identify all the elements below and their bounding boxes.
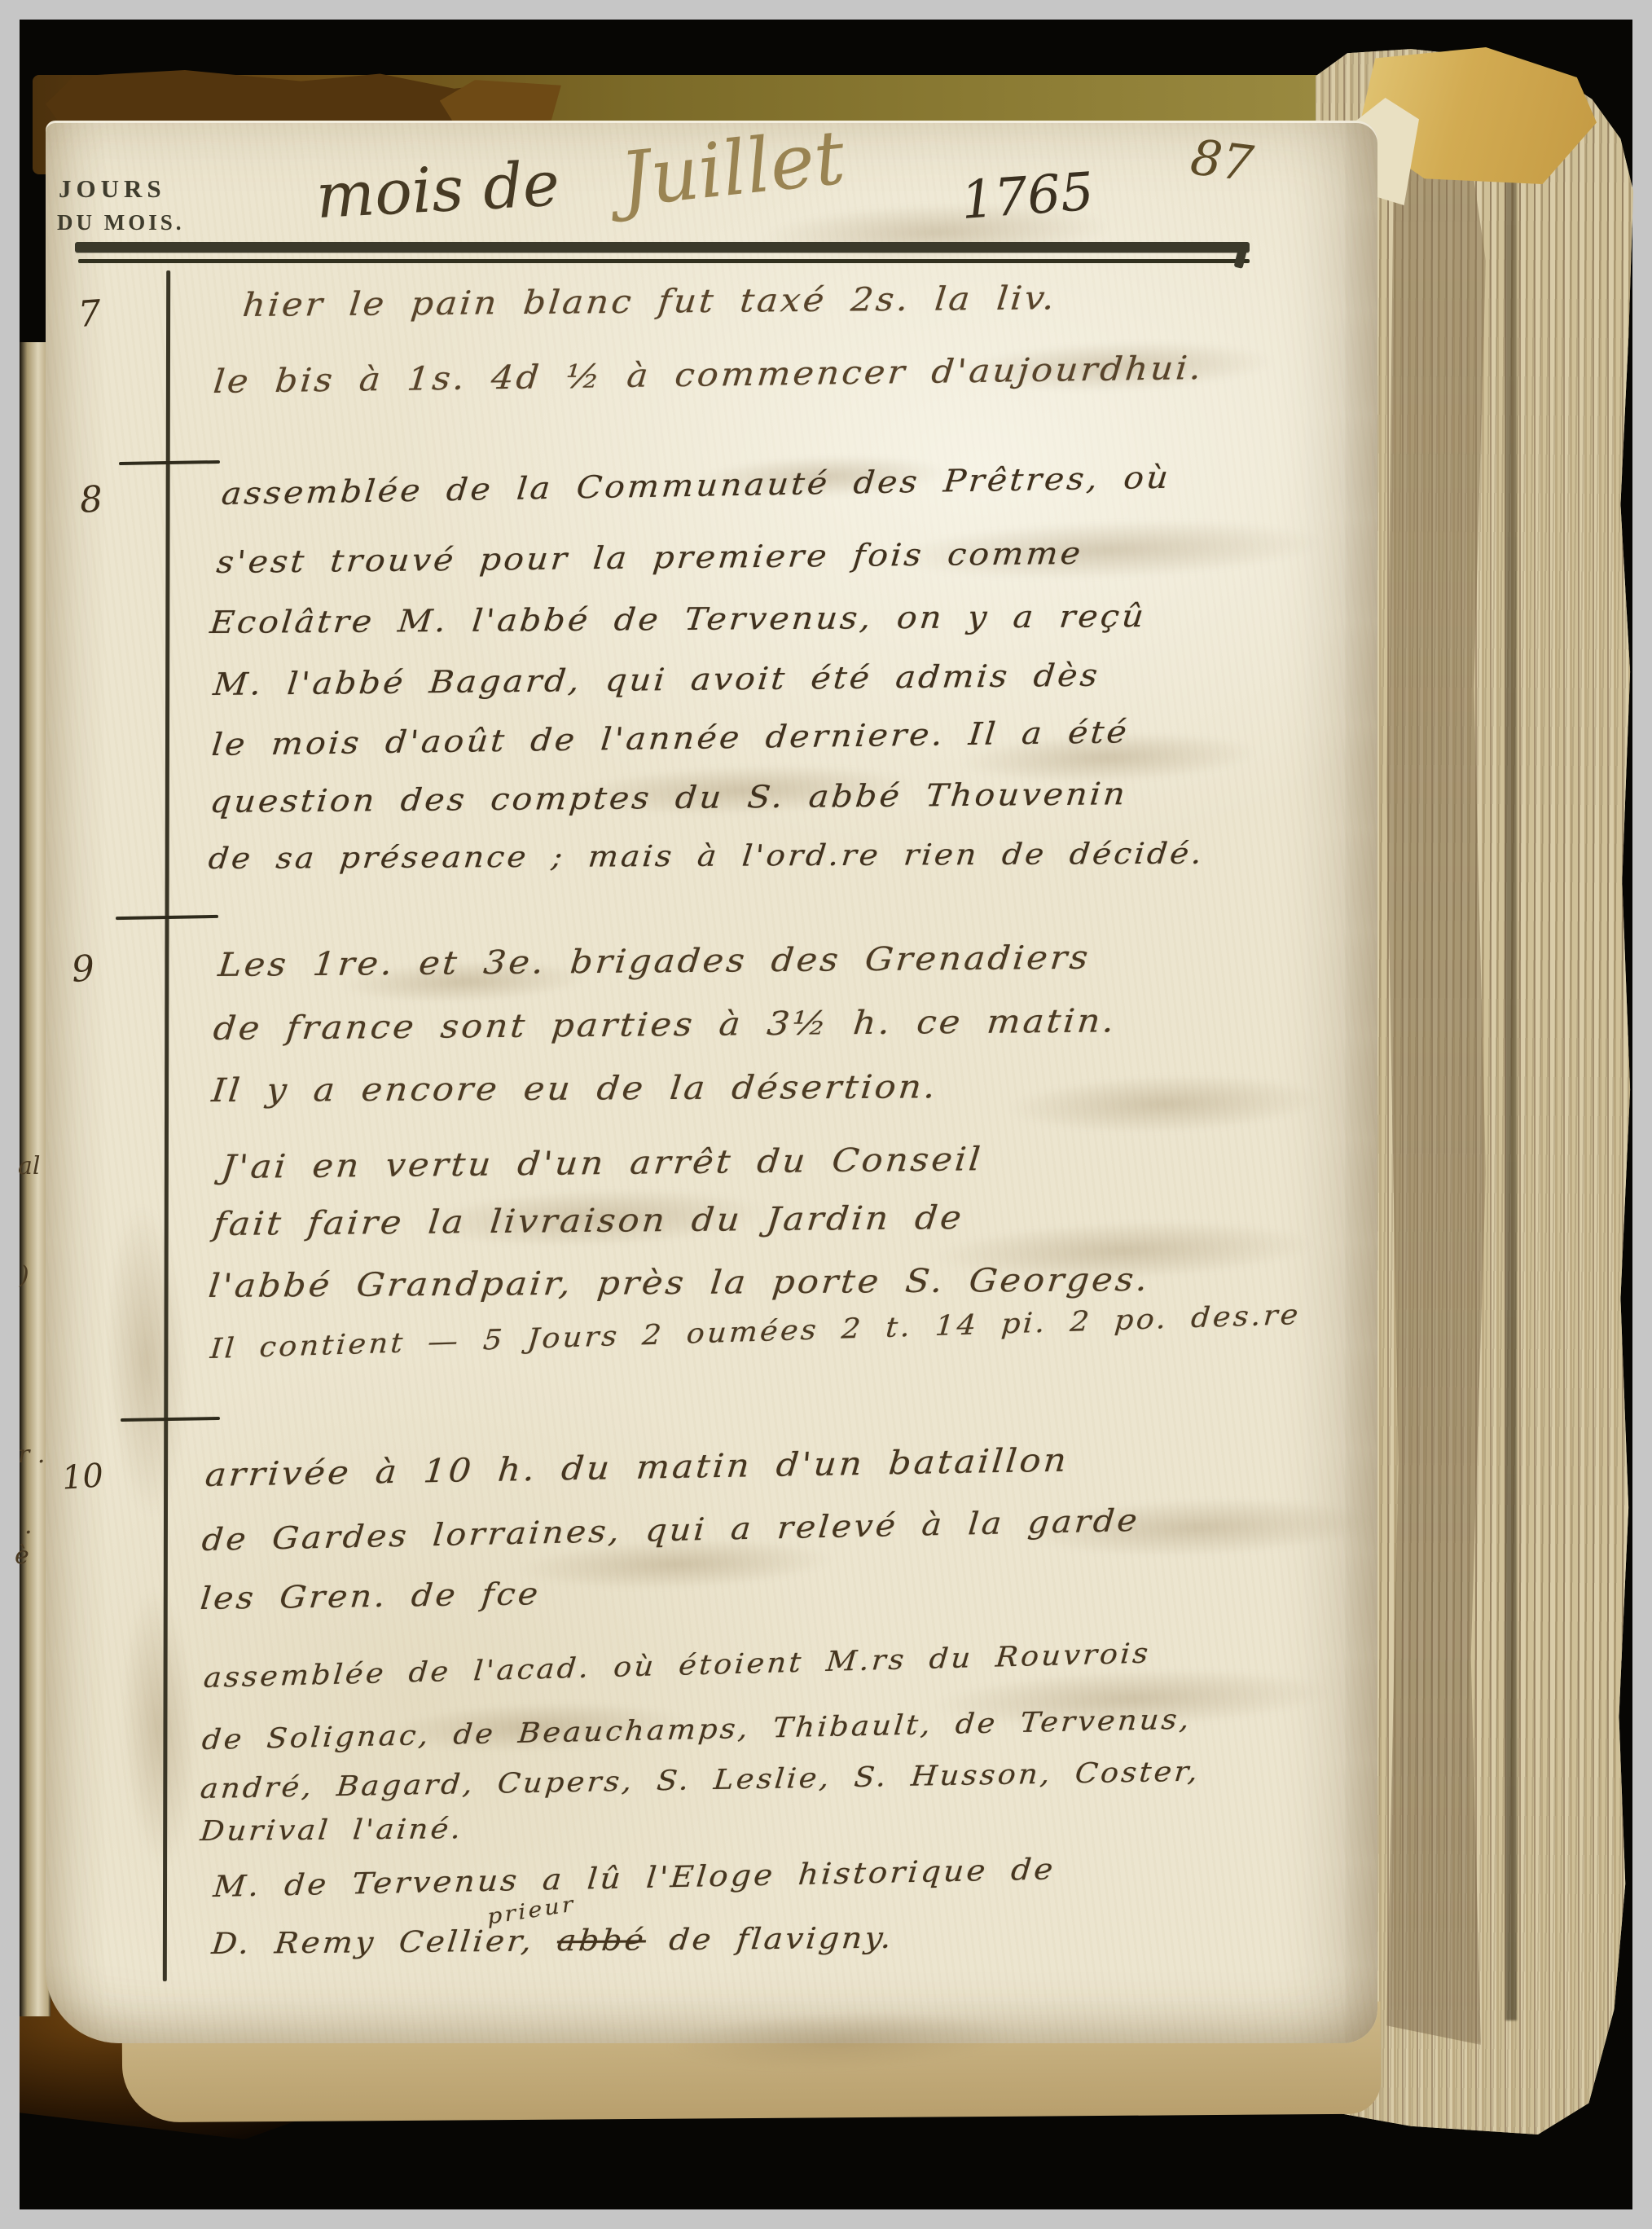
page-edges-crevice — [1505, 147, 1517, 2020]
struck-word: abbé — [556, 1923, 648, 1958]
manuscript-scan: JOURS DU MOIS. mois de Juillet 1765 87 7… — [0, 0, 1652, 2229]
printed-column-label: DU MOIS. — [57, 210, 185, 235]
page-number: 87 — [1188, 129, 1256, 193]
gutter-text-fragment: al — [18, 1152, 40, 1180]
day-number: 9 — [70, 947, 95, 991]
page-edges-soiling — [1386, 106, 1486, 2045]
day-number: 7 — [77, 292, 102, 336]
entry-line: Ecolâtre M. l'abbé de Tervenus, on y a r… — [209, 598, 1148, 640]
printed-column-label: JOURS — [59, 174, 166, 204]
entry-line: de france sont parties à 3½ h. ce matin. — [212, 1002, 1118, 1048]
entry-line: fait faire la livraison du Jardin de — [212, 1199, 965, 1243]
header-rule-thick — [75, 242, 1250, 253]
header-rule-thin — [78, 259, 1250, 263]
entry-line: hier le pain blanc fut taxé 2s. la liv. — [241, 279, 1059, 324]
entry-line: de sa préseance ; mais à l'ord.re rien d… — [207, 838, 1206, 876]
entry-line: Les 1re. et 3e. brigades des Grenadiers — [217, 939, 1092, 984]
entry-line: J'ai en vertu d'un arrêt du Conseil — [220, 1141, 985, 1186]
entry-line: Durival l'ainé. — [199, 1813, 464, 1848]
day-number: 8 — [78, 478, 103, 521]
entry-line-text: D. Remy Cellier, — [210, 1924, 559, 1961]
entry-line: D. Remy Cellier, abbé de flavigny.prieur — [210, 1922, 895, 1961]
entry-line: Il y a encore eu de la désertion. — [210, 1068, 940, 1110]
entry-line: les Gren. de fce — [199, 1576, 542, 1616]
gutter-text-fragment: ) — [20, 1261, 29, 1290]
entry-line: l'abbé Grandpair, près la porte S. Georg… — [207, 1261, 1152, 1305]
handwritten-title-prefix: mois de — [314, 147, 561, 232]
gutter-text-fragment: r . — [18, 1440, 45, 1469]
gutter-text-fragment: è — [15, 1541, 29, 1570]
day-number: 10 — [60, 1457, 104, 1497]
entry-line-text: de flavigny. — [644, 1922, 895, 1958]
handwritten-year: 1765 — [959, 162, 1096, 231]
